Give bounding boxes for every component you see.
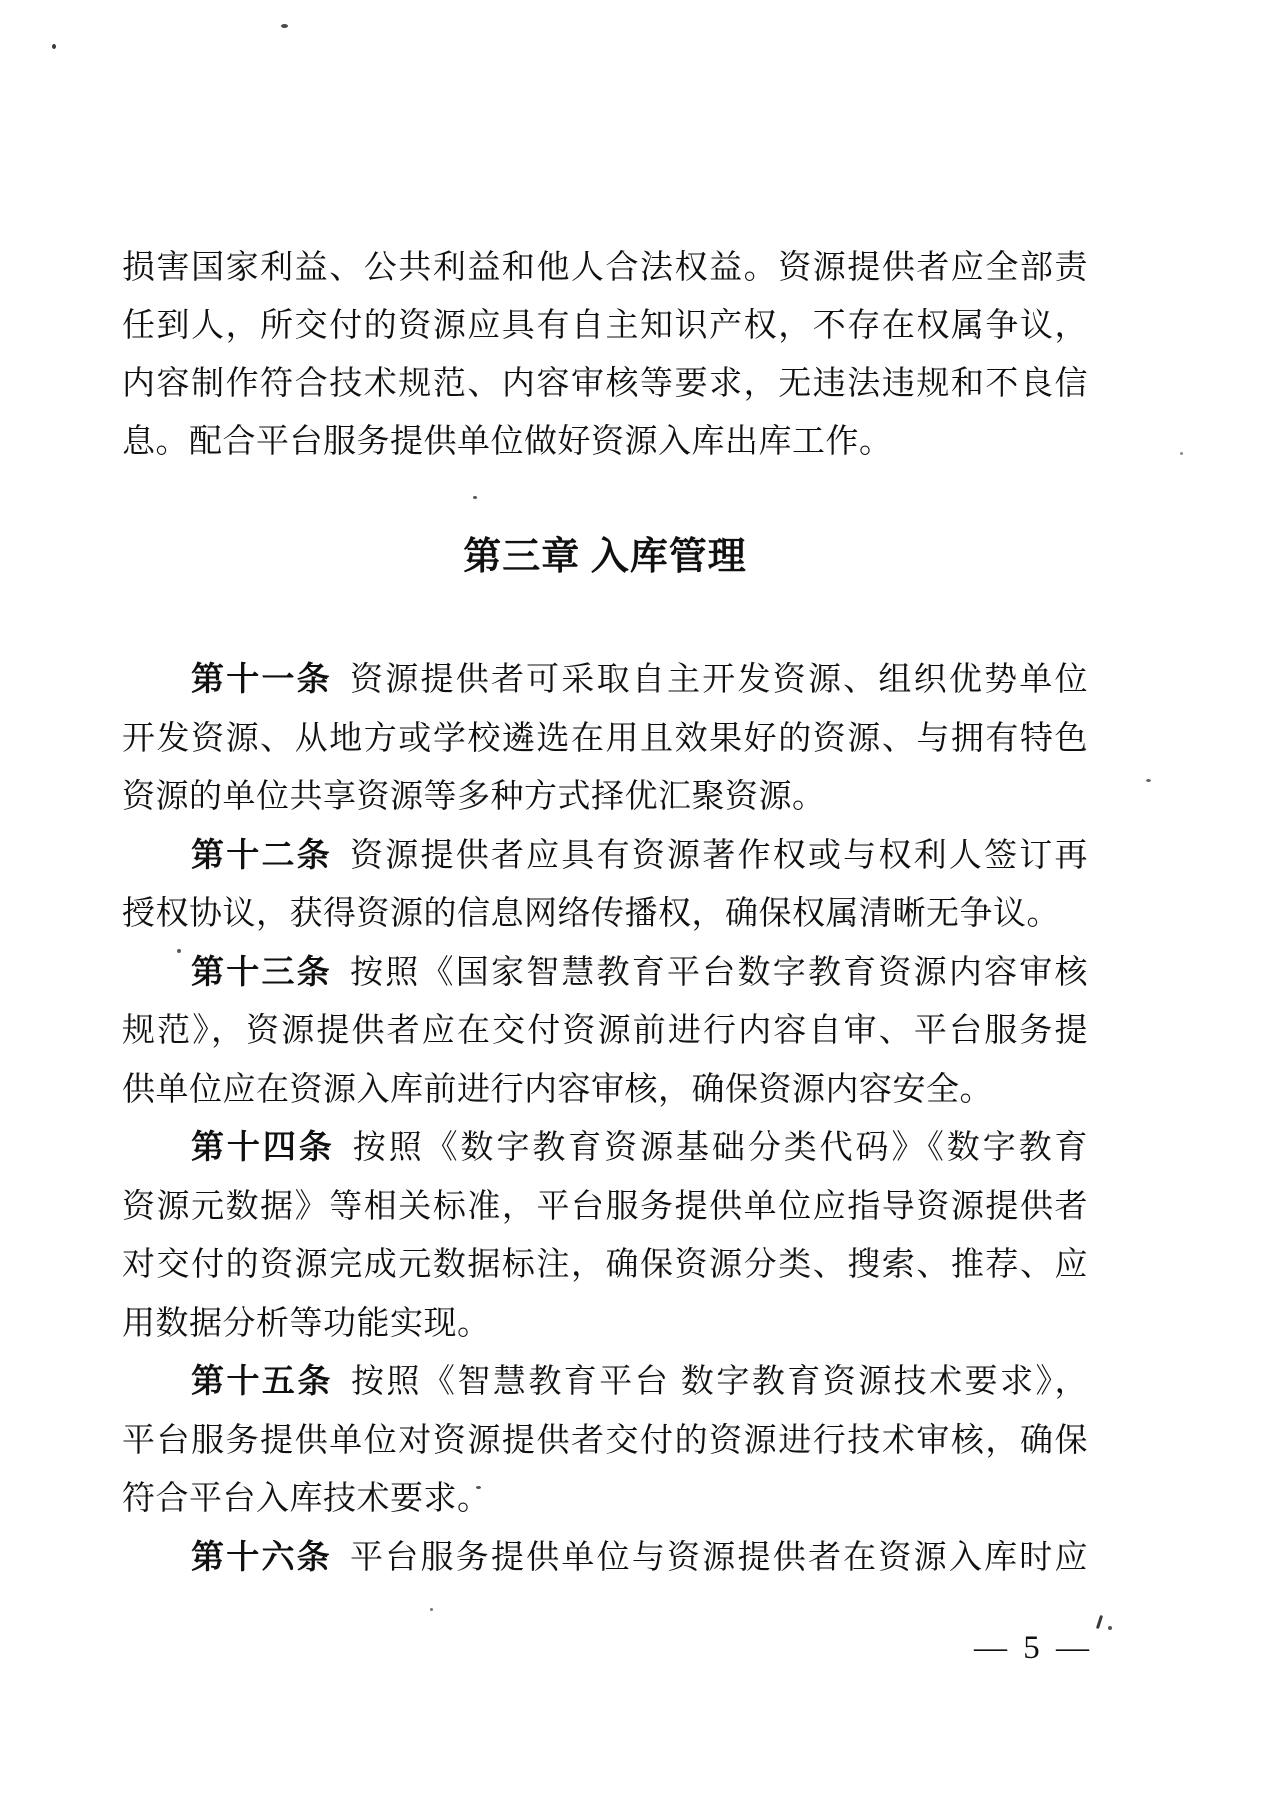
article-text: 按照《智慧教育平台 数字教育资源技术要求》， xyxy=(351,1364,1088,1400)
article-number-label: 第十五条 xyxy=(191,1364,333,1400)
article-13-first-line: 第十三条按照《国家智慧教育平台数字教育资源内容审核 xyxy=(122,944,1088,1003)
article-text: 资源提供者应具有资源著作权或与权利人签订再 xyxy=(350,838,1088,874)
text-line: 任到人，所交付的资源应具有自主知识产权，不存在权属争议， xyxy=(122,297,1088,355)
scan-artifact xyxy=(430,1608,433,1611)
scan-artifact xyxy=(52,44,56,49)
article-14-first-line: 第十四条按照《数字教育资源基础分类代码》《数字教育 xyxy=(122,1119,1088,1178)
scan-artifact xyxy=(177,949,181,953)
article-15-first-line: 第十五条按照《智慧教育平台 数字教育资源技术要求》， xyxy=(122,1353,1088,1412)
text-line: 对交付的资源完成元数据标注，确保资源分类、搜索、推荐、应 xyxy=(122,1236,1088,1295)
text-line: 资源元数据》等相关标准，平台服务提供单位应指导资源提供者 xyxy=(122,1178,1088,1237)
chapter-heading: 第三章 入库管理 xyxy=(122,527,1088,587)
text-line: 供单位应在资源入库前进行内容审核，确保资源内容安全。 xyxy=(122,1061,1088,1120)
text-line: 损害国家利益、公共利益和他人合法权益。资源提供者应全部责 xyxy=(122,239,1088,297)
article-text: 平台服务提供单位与资源提供者在资源入库时应 xyxy=(350,1540,1088,1576)
text-line: 开发资源、从地方或学校遴选在用且效果好的资源、与拥有特色 xyxy=(122,710,1088,769)
paragraph-intro: 损害国家利益、公共利益和他人合法权益。资源提供者应全部责 任到人，所交付的资源应… xyxy=(122,239,1088,471)
article-text: 资源提供者可采取自主开发资源、组织优势单位 xyxy=(350,662,1088,698)
scanned-document-page: 损害国家利益、公共利益和他人合法权益。资源提供者应全部责 任到人，所交付的资源应… xyxy=(0,0,1268,1794)
scan-artifact xyxy=(1096,1615,1103,1629)
scan-artifact xyxy=(1180,452,1183,455)
article-number-label: 第十四条 xyxy=(191,1130,335,1166)
text-line: 平台服务提供单位对资源提供者交付的资源进行技术审核，确保 xyxy=(122,1412,1088,1471)
article-12-first-line: 第十二条资源提供者应具有资源著作权或与权利人签订再 xyxy=(122,827,1088,886)
article-number-label: 第十三条 xyxy=(191,955,332,991)
text-line: 息。配合平台服务提供单位做好资源入库出库工作。 xyxy=(122,413,1088,471)
page-number: — 5 — xyxy=(974,1628,1093,1668)
article-11-first-line: 第十一条资源提供者可采取自主开发资源、组织优势单位 xyxy=(122,651,1088,710)
scan-artifact xyxy=(476,1486,481,1489)
text-line: 符合平台入库技术要求。 xyxy=(122,1470,1088,1529)
article-text: 按照《数字教育资源基础分类代码》《数字教育 xyxy=(353,1130,1088,1166)
scan-artifact xyxy=(473,496,477,499)
text-line: 内容制作符合技术规范、内容审核等要求，无违法违规和不良信 xyxy=(122,355,1088,413)
text-line: 资源的单位共享资源等多种方式择优汇聚资源。 xyxy=(122,768,1088,827)
scan-artifact xyxy=(281,24,288,28)
article-16-first-line: 第十六条平台服务提供单位与资源提供者在资源入库时应 xyxy=(122,1529,1088,1588)
scan-artifact xyxy=(1108,1626,1112,1630)
article-number-label: 第十六条 xyxy=(191,1540,332,1576)
text-line: 授权协议，获得资源的信息网络传播权，确保权属清晰无争议。 xyxy=(122,885,1088,944)
scan-artifact xyxy=(1146,779,1151,782)
article-number-label: 第十一条 xyxy=(191,662,332,698)
article-number-label: 第十二条 xyxy=(191,838,332,874)
text-line: 规范》，资源提供者应在交付资源前进行内容自审、平台服务提 xyxy=(122,1002,1088,1061)
article-text: 按照《国家智慧教育平台数字教育资源内容审核 xyxy=(350,955,1088,991)
document-body: 第十一条资源提供者可采取自主开发资源、组织优势单位 开发资源、从地方或学校遴选在… xyxy=(122,651,1088,1587)
text-line: 用数据分析等功能实现。 xyxy=(122,1295,1088,1354)
